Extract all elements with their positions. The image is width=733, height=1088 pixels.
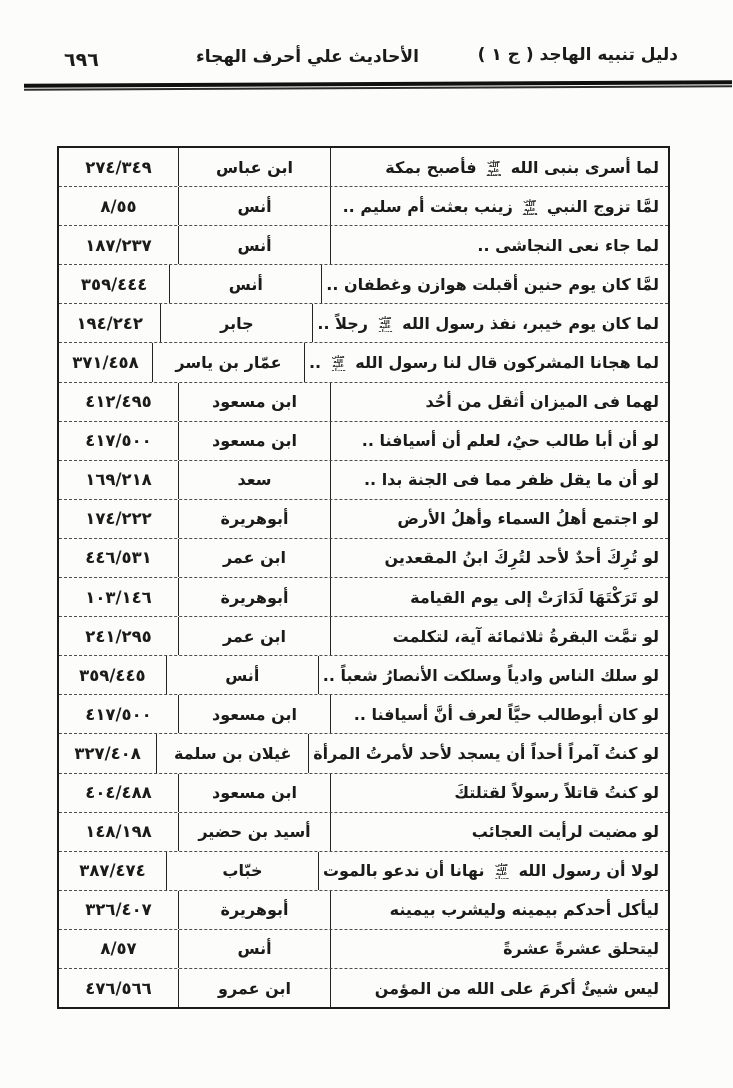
hadith-text: لهما فى الميزان أثقل من أحُد [425,392,659,411]
narrator-name: ابن عباس [216,158,293,177]
narrator-name: خبّاب [222,861,262,880]
reference-cell: ٣٢٧/٤٠٨ [59,734,157,772]
hadith-text: لو سلك الناس وادياً وسلكت الأنصارُ شعباً… [323,666,659,685]
reference-number: ٤٠٤/٤٨٨ [85,783,151,802]
hadith-text: لو كنتُ قاتلاً رسولاً لقتلتكَ [454,783,659,802]
table-row: لهما فى الميزان أثقل من أحُد ابن مسعود ٤… [59,382,668,421]
reference-cell: ٢٤١/٢٩٥ [59,617,179,655]
hadith-text: لولا أن رسول الله صلى الله عليه وسلم نها… [323,861,659,880]
reference-number: ١٤٨/١٩٨ [85,822,151,841]
table-row: ليس شيئٌ أكرمَ على الله من المؤمن ابن عم… [59,968,668,1007]
narrator-cell: أنس [167,656,319,694]
reference-cell: ٨/٥٧ [59,930,179,968]
narrator-cell: أنس [179,930,331,968]
narrator-name: جابر [220,314,254,333]
hadith-cell: لو كان أبوطالب حيَّاً لعرف أنَّ أسيافنا … [331,695,668,733]
hadith-cell: ليس شيئٌ أكرمَ على الله من المؤمن [331,969,668,1007]
pbuh-symbol: صلى الله عليه وسلم [484,160,503,176]
section-title: الأحاديث علي أحرف الهجاء [196,47,419,67]
pbuh-symbol: صلى الله عليه وسلم [492,863,511,879]
narrator-name: ابن مسعود [212,431,297,450]
hadith-cell: لو أن ما يقل ظفر مما فى الجنة بدا .. [331,461,668,499]
hadith-cell: ليأكل أحدكم بيمينه وليشرب بيمينه [331,891,668,929]
hadith-text: لو تَرَكْتَهَا لَدَارَتْ إلى يوم القيامة [410,588,659,607]
hadith-text: ليس شيئٌ أكرمَ على الله من المؤمن [375,979,659,998]
hadith-text: لما أسرى بنبى الله صلى الله عليه وسلم فأ… [385,158,659,177]
hadith-cell: لمَّا كان يوم حنين أقبلت هوازن وغطفان .. [322,265,668,303]
hadith-cell: لو كنتُ قاتلاً رسولاً لقتلتكَ [331,774,668,812]
reference-cell: ٤١٧/٥٠٠ [59,422,179,460]
hadith-text: لو أن ما يقل ظفر مما فى الجنة بدا .. [364,470,659,489]
narrator-name: ابن عمرو [218,979,291,998]
header-rule [24,80,732,90]
narrator-cell: خبّاب [167,852,319,890]
hadith-text: لما كان يوم خيبر، نفذ رسول الله صلى الله… [317,314,659,333]
narrator-cell: ابن مسعود [179,774,331,812]
hadith-cell: لو سلك الناس وادياً وسلكت الأنصارُ شعباً… [319,656,668,694]
table-row: لما أسرى بنبى الله صلى الله عليه وسلم فأ… [59,148,668,186]
reference-number: ١٨٧/٢٣٧ [85,236,151,255]
narrator-cell: ابن عباس [179,148,331,186]
table-row: ليأكل أحدكم بيمينه وليشرب بيمينه أبوهرير… [59,890,668,929]
reference-number: ٣٨٧/٤٧٤ [79,861,145,880]
hadith-text: لمَّا تزوج النبي صلى الله عليه وسلم زينب… [343,197,659,216]
narrator-name: سعد [238,470,272,489]
narrator-cell: ابن عمرو [179,969,331,1007]
reference-cell: ٣٢٦/٤٠٧ [59,891,179,929]
narrator-name: أبوهريرة [221,900,289,919]
book-title: دليل تنبيه الهاجد ( ج ١ ) [478,45,678,65]
reference-cell: ٨/٥٥ [59,187,179,225]
hadith-text: ليتحلق عشرةً عشرةً [503,939,659,958]
reference-number: ٤٤٦/٥٣١ [85,548,151,567]
table-row: لو كان أبوطالب حيَّاً لعرف أنَّ أسيافنا … [59,694,668,733]
hadith-cell: لو مضيت لرأيت العجائب [331,813,668,851]
hadith-text: لو أن أبا طالب حيٌ، لعلم أن أسيافنا .. [362,431,659,450]
narrator-name: ابن عمر [223,627,286,646]
narrator-name: أنس [237,236,271,255]
reference-number: ٨/٥٥ [100,197,136,216]
reference-number: ٣٥٩/٤٤٥ [79,666,145,685]
table-row: لو تَرَكْتَهَا لَدَارَتْ إلى يوم القيامة… [59,577,668,616]
narrator-cell: أبوهريرة [179,891,331,929]
hadith-cell: لمَّا تزوج النبي صلى الله عليه وسلم زينب… [331,187,668,225]
reference-cell: ٣٥٩/٤٤٥ [59,656,167,694]
reference-number: ٣٢٦/٤٠٧ [85,900,151,919]
narrator-cell: أسيد بن حضير [179,813,331,851]
hadith-cell: لو تُرِكَ أحدٌ لأحد لتُرِكَ ابنُ المقعدي… [331,539,668,577]
reference-cell: ١٨٧/٢٣٧ [59,226,179,264]
reference-number: ٢٤١/٢٩٥ [85,627,151,646]
table-row: لو تُرِكَ أحدٌ لأحد لتُرِكَ ابنُ المقعدي… [59,538,668,577]
hadith-text: لما جاء نعى النجاشى .. [477,236,659,255]
narrator-cell: ابن مسعود [179,422,331,460]
reference-cell: ١٧٤/٢٢٢ [59,500,179,538]
hadith-text: لمَّا كان يوم حنين أقبلت هوازن وغطفان .. [326,275,659,294]
table-row: ليتحلق عشرةً عشرةً أنس ٨/٥٧ [59,929,668,968]
reference-cell: ٤٠٤/٤٨٨ [59,774,179,812]
table-row: لما كان يوم خيبر، نفذ رسول الله صلى الله… [59,303,668,342]
reference-number: ١٩٤/٢٤٢ [76,314,142,333]
scanned-book-page: دليل تنبيه الهاجد ( ج ١ ) الأحاديث علي أ… [0,0,733,1088]
hadith-text: لو مضيت لرأيت العجائب [472,822,659,841]
table-row: لما هجانا المشركون قال لنا رسول الله صلى… [59,342,668,381]
narrator-name: ابن مسعود [212,392,297,411]
narrator-name: ابن مسعود [212,783,297,802]
reference-number: ٢٧٤/٣٤٩ [85,158,151,177]
narrator-name: أنس [237,197,271,216]
table-row: لو أن ما يقل ظفر مما فى الجنة بدا .. سعد… [59,460,668,499]
narrator-name: أنس [225,666,259,685]
hadith-text: لما هجانا المشركون قال لنا رسول الله صلى… [309,353,659,372]
reference-number: ٤٧٦/٥٦٦ [85,979,151,998]
hadith-cell: لما كان يوم خيبر، نفذ رسول الله صلى الله… [313,304,668,342]
narrator-cell: أنس [179,226,331,264]
reference-cell: ٢٧٤/٣٤٩ [59,148,179,186]
hadith-cell: لولا أن رسول الله صلى الله عليه وسلم نها… [319,852,668,890]
hadith-cell: لو اجتمع أهلُ السماء وأهلُ الأرض [331,500,668,538]
narrator-cell: ابن عمر [179,617,331,655]
reference-cell: ٤١٧/٥٠٠ [59,695,179,733]
reference-cell: ٤١٢/٤٩٥ [59,383,179,421]
hadith-text: لو تمَّت البقرةُ ثلاثمائة آية، لتكلمت [393,627,659,646]
hadith-text: لو كان أبوطالب حيَّاً لعرف أنَّ أسيافنا … [354,705,659,724]
reference-cell: ٣٨٧/٤٧٤ [59,852,167,890]
narrator-cell: أبوهريرة [179,500,331,538]
narrator-cell: أنس [179,187,331,225]
narrator-cell: أنس [170,265,322,303]
narrator-name: ابن عمر [223,548,286,567]
reference-cell: ١٦٩/٢١٨ [59,461,179,499]
hadith-text: ليأكل أحدكم بيمينه وليشرب بيمينه [390,900,659,919]
reference-cell: ٤٧٦/٥٦٦ [59,969,179,1007]
reference-number: ٣٥٩/٤٤٤ [81,275,147,294]
narrator-name: أنس [229,275,263,294]
narrator-cell: ابن مسعود [179,383,331,421]
reference-number: ١٦٩/٢١٨ [85,470,151,489]
pbuh-symbol: صلى الله عليه وسلم [329,355,348,371]
table-row: لو اجتمع أهلُ السماء وأهلُ الأرض أبوهرير… [59,499,668,538]
reference-number: ٣٧١/٤٥٨ [72,353,138,372]
table-row: لو كنتُ قاتلاً رسولاً لقتلتكَ ابن مسعود … [59,773,668,812]
narrator-name: أبوهريرة [221,588,289,607]
reference-cell: ٣٧١/٤٥٨ [59,343,153,381]
narrator-name: أبوهريرة [221,509,289,528]
narrator-cell: ابن عمر [179,539,331,577]
narrator-name: ابن مسعود [212,705,297,724]
narrator-cell: عمّار بن ياسر [153,343,305,381]
hadith-cell: لو تَرَكْتَهَا لَدَارَتْ إلى يوم القيامة [331,578,668,616]
hadith-cell: ليتحلق عشرةً عشرةً [331,930,668,968]
table-row: لمَّا كان يوم حنين أقبلت هوازن وغطفان ..… [59,264,668,303]
pbuh-symbol: صلى الله عليه وسلم [376,316,395,332]
table-row: لو مضيت لرأيت العجائب أسيد بن حضير ١٤٨/١… [59,812,668,851]
pbuh-symbol: صلى الله عليه وسلم [520,199,539,215]
narrator-cell: سعد [179,461,331,499]
table-row: لولا أن رسول الله صلى الله عليه وسلم نها… [59,851,668,890]
reference-number: ١٧٤/٢٢٢ [85,509,151,528]
reference-cell: ٣٥٩/٤٤٤ [59,265,170,303]
reference-cell: ١٩٤/٢٤٢ [59,304,161,342]
narrator-cell: جابر [161,304,313,342]
reference-number: ٤١٢/٤٩٥ [85,392,151,411]
reference-number: ٨/٥٧ [100,939,136,958]
hadith-cell: لو أن أبا طالب حيٌ، لعلم أن أسيافنا .. [331,422,668,460]
table-row: لو سلك الناس وادياً وسلكت الأنصارُ شعباً… [59,655,668,694]
narrator-name: غيلان بن سلمة [174,744,292,763]
narrator-name: أسيد بن حضير [198,822,310,841]
table-row: لو تمَّت البقرةُ ثلاثمائة آية، لتكلمت اب… [59,616,668,655]
hadith-index-table: لما أسرى بنبى الله صلى الله عليه وسلم فأ… [57,146,670,1009]
hadith-text: لو كنتُ آمراً أحداً أن يسجد لأحد لأمرتُ … [313,744,659,763]
table-row: لو كنتُ آمراً أحداً أن يسجد لأحد لأمرتُ … [59,733,668,772]
reference-cell: ٤٤٦/٥٣١ [59,539,179,577]
reference-cell: ١٤٨/١٩٨ [59,813,179,851]
reference-cell: ١٠٣/١٤٦ [59,578,179,616]
narrator-cell: أبوهريرة [179,578,331,616]
page-number: ٦٩٦ [64,49,99,71]
hadith-cell: لو تمَّت البقرةُ ثلاثمائة آية، لتكلمت [331,617,668,655]
reference-number: ٤١٧/٥٠٠ [85,431,151,450]
narrator-name: عمّار بن ياسر [175,353,281,372]
narrator-cell: ابن مسعود [179,695,331,733]
table-row: لو أن أبا طالب حيٌ، لعلم أن أسيافنا .. ا… [59,421,668,460]
narrator-cell: غيلان بن سلمة [157,734,309,772]
hadith-text: لو تُرِكَ أحدٌ لأحد لتُرِكَ ابنُ المقعدي… [385,548,660,567]
reference-number: ٤١٧/٥٠٠ [85,705,151,724]
hadith-cell: لو كنتُ آمراً أحداً أن يسجد لأحد لأمرتُ … [309,734,668,772]
table-row: لمَّا تزوج النبي صلى الله عليه وسلم زينب… [59,186,668,225]
hadith-text: لو اجتمع أهلُ السماء وأهلُ الأرض [397,509,659,528]
hadith-cell: لما هجانا المشركون قال لنا رسول الله صلى… [305,343,668,381]
reference-number: ٣٢٧/٤٠٨ [74,744,140,763]
table-row: لما جاء نعى النجاشى .. أنس ١٨٧/٢٣٧ [59,225,668,264]
hadith-cell: لما جاء نعى النجاشى .. [331,226,668,264]
hadith-cell: لهما فى الميزان أثقل من أحُد [331,383,668,421]
reference-number: ١٠٣/١٤٦ [85,588,151,607]
narrator-name: أنس [237,939,271,958]
hadith-cell: لما أسرى بنبى الله صلى الله عليه وسلم فأ… [331,148,668,186]
